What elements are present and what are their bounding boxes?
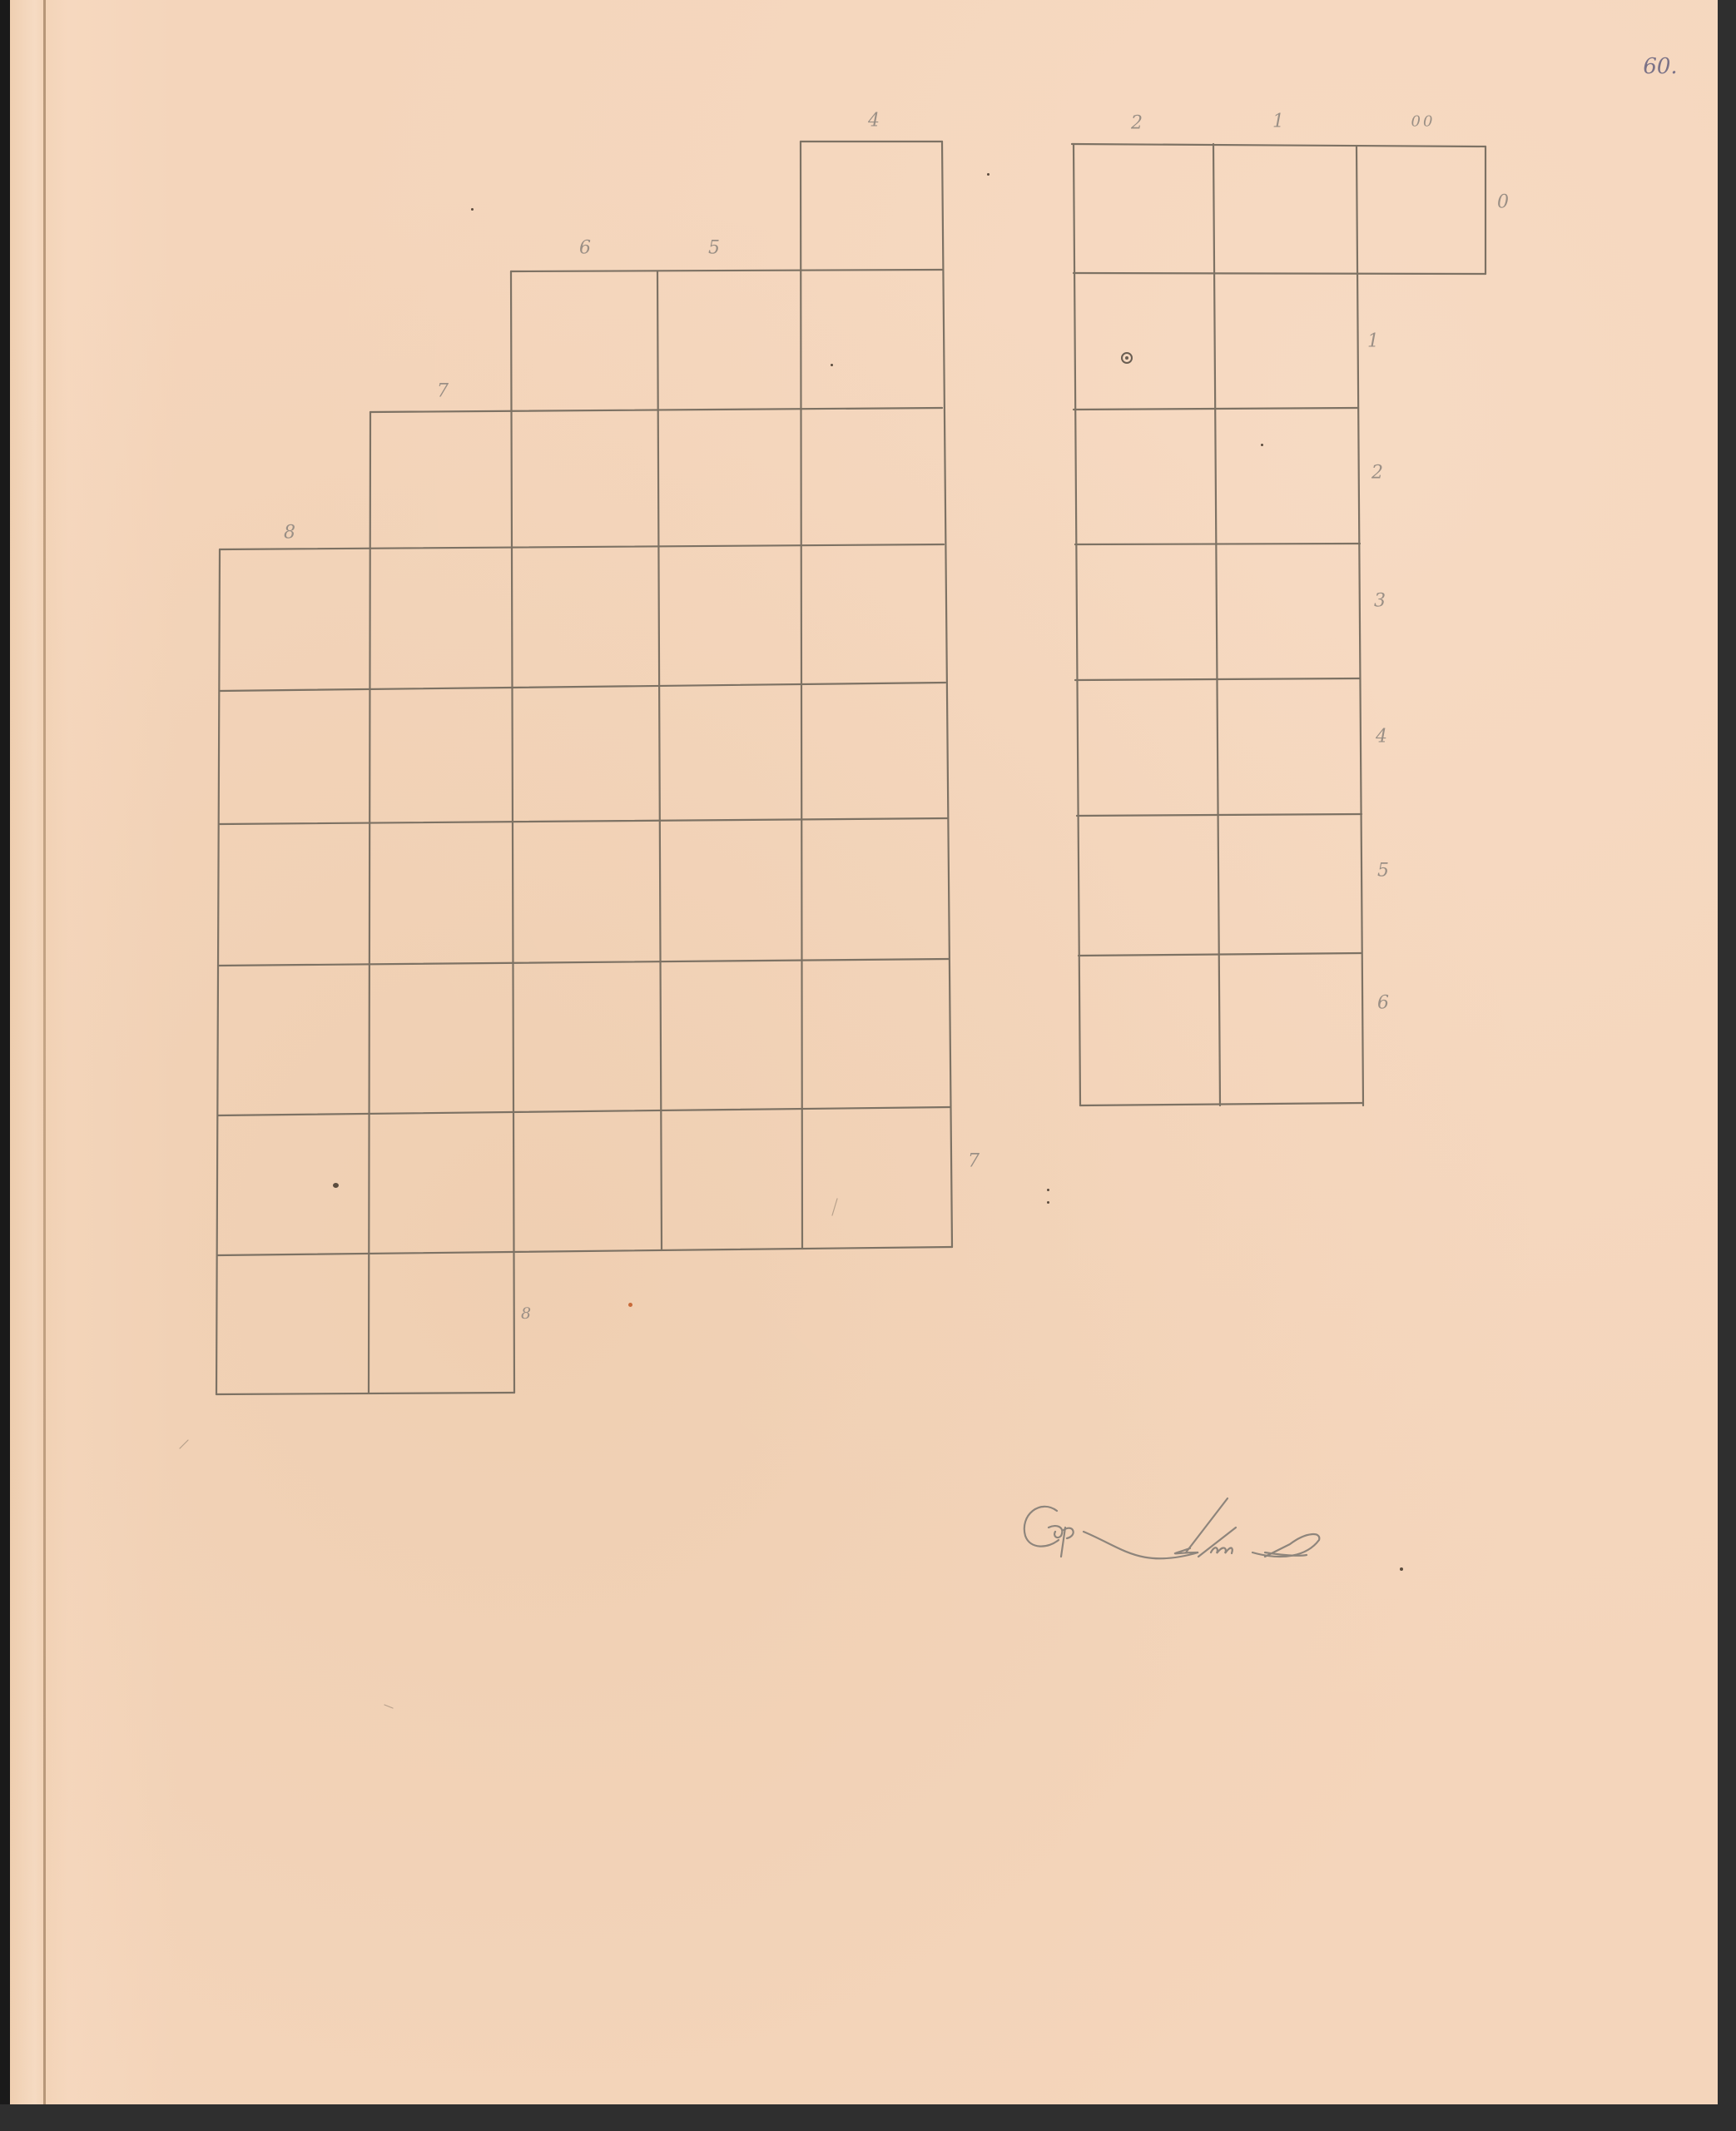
grid-drawings xyxy=(0,0,1736,2131)
right-grid-row-label-2: 2 xyxy=(1371,463,1383,484)
right-grid-row-label-5: 5 xyxy=(1377,861,1389,882)
paper-speck xyxy=(333,1183,339,1188)
left-grid-col-label-5: 5 xyxy=(708,238,720,259)
right-grid-col-label-2: 2 xyxy=(1131,113,1143,134)
paper-speck xyxy=(628,1303,632,1307)
left-grid-col-label-6: 6 xyxy=(579,238,591,259)
left-grid-col-label-4: 4 xyxy=(868,111,880,132)
paper-speck xyxy=(1047,1189,1049,1191)
right-grid-row-label-1: 1 xyxy=(1367,331,1379,352)
right-grid-row-label-3: 3 xyxy=(1374,591,1386,612)
left-grid-col-label-7: 7 xyxy=(437,381,449,402)
right-grid-row-label-0: 0 xyxy=(1497,192,1509,213)
paper-speck xyxy=(831,364,833,366)
circled-dot-icon xyxy=(1121,352,1133,364)
right-grid-col-label-1: 1 xyxy=(1272,112,1284,132)
left-grid-row-label-7: 7 xyxy=(968,1151,980,1172)
paper-speck xyxy=(987,173,990,176)
right-grid-row-label-6: 6 xyxy=(1377,993,1389,1014)
paper-speck xyxy=(1261,444,1263,446)
right-grid-row-label-4: 4 xyxy=(1376,727,1387,748)
paper-speck xyxy=(1047,1201,1049,1204)
right-grid-col-label-00: 00 xyxy=(1411,113,1436,131)
right-grid xyxy=(1072,144,1486,1105)
left-staircase-grid xyxy=(216,142,952,1394)
left-grid-col-label-8: 8 xyxy=(284,523,295,544)
paper-speck xyxy=(1400,1567,1403,1571)
paper-speck xyxy=(471,208,474,211)
stray-marks xyxy=(180,1199,837,1708)
left-grid-row-label-8: 8 xyxy=(521,1304,531,1323)
